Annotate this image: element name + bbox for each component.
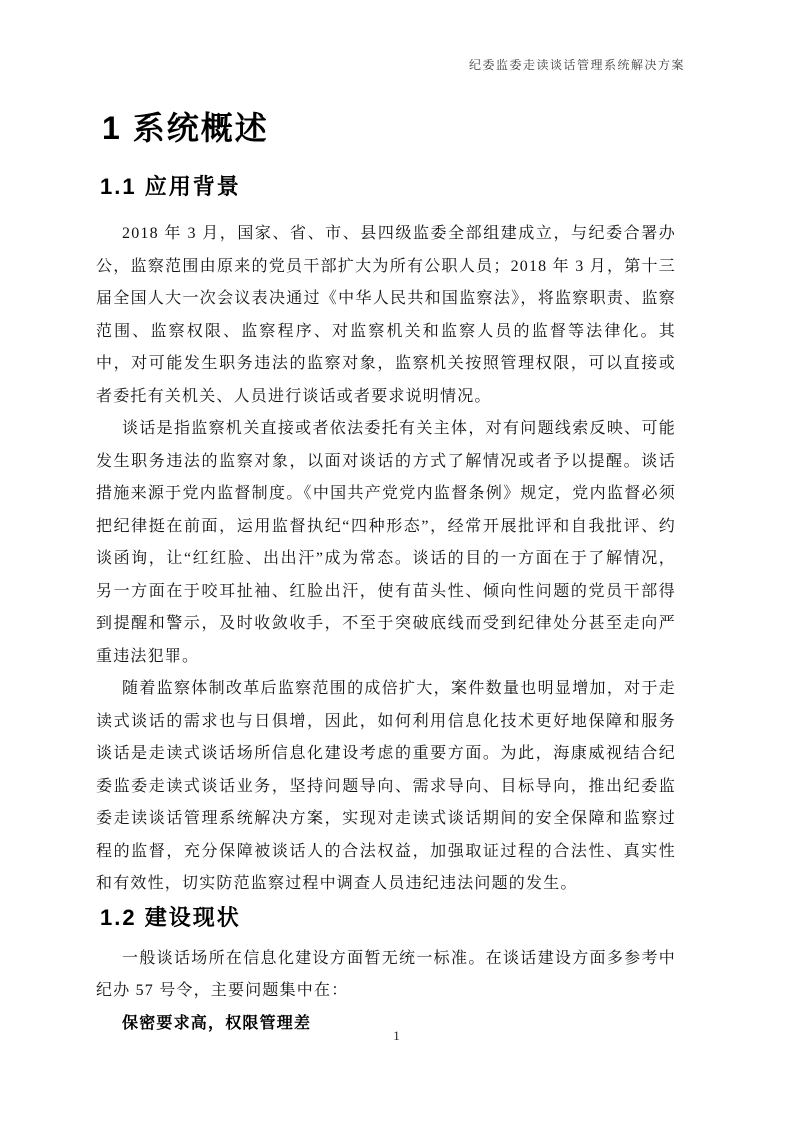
paragraph: 谈话是指监察机关直接或者依法委托有关主体，对有问题线索反映、可能发生职务违法的监… bbox=[96, 413, 676, 673]
chapter-heading: 1 系统概述 bbox=[96, 110, 676, 146]
section-1-1-body: 2018 年 3 月，国家、省、市、县四级监委全部组建成立，与纪委合署办公，监察… bbox=[96, 218, 676, 901]
section-1-2-body: 一般谈话场所在信息化建设方面暂无统一标准。在谈话建设方面多参考中纪办 57 号令… bbox=[96, 943, 676, 1041]
paragraph: 一般谈话场所在信息化建设方面暂无统一标准。在谈话建设方面多参考中纪办 57 号令… bbox=[96, 943, 676, 1008]
section-heading-1-1: 1.1 应用背景 bbox=[96, 172, 676, 202]
page-number: 1 bbox=[0, 1028, 793, 1044]
running-header: 纪委监委走读谈话管理系统解决方案 bbox=[0, 0, 793, 73]
section-heading-1-2: 1.2 建设现状 bbox=[96, 903, 676, 933]
page-content: 1 系统概述 1.1 应用背景 2018 年 3 月，国家、省、市、县四级监委全… bbox=[0, 110, 676, 1040]
document-page: 纪委监委走读谈话管理系统解决方案 1 系统概述 1.1 应用背景 2018 年 … bbox=[0, 0, 793, 1122]
paragraph: 2018 年 3 月，国家、省、市、县四级监委全部组建成立，与纪委合署办公，监察… bbox=[96, 218, 676, 413]
paragraph: 随着监察体制改革后监察范围的成倍扩大，案件数量也明显增加，对于走读式谈话的需求也… bbox=[96, 673, 676, 901]
